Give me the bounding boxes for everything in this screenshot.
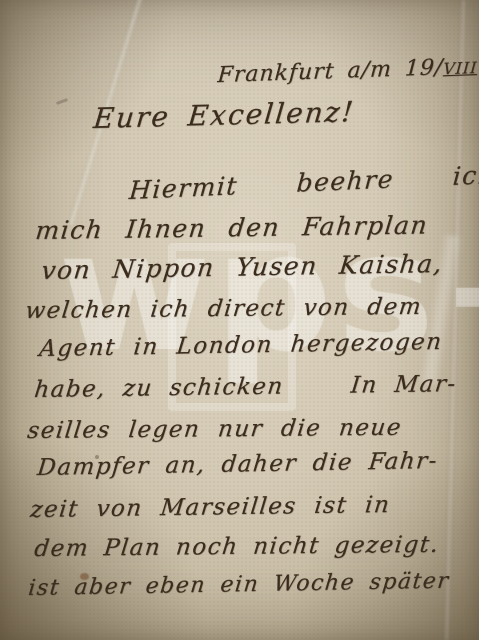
pencil-mark — [56, 98, 68, 105]
letter-line: von Nippon Yusen Kaisha, — [40, 249, 445, 285]
dateline-month-roman: VIII — [443, 58, 479, 78]
letter-line: habe, zu schicken In Mar- — [33, 371, 458, 403]
letter-line: ist aber eben ein Woche später — [27, 569, 451, 601]
letter-line: dem Plan noch nicht gezeigt. — [33, 532, 441, 562]
letter-line: welchen ich direct von dem — [24, 294, 424, 324]
letter-line: Dampfer an, daher die Fahr- — [36, 448, 439, 481]
letter-photo: wps+ Frankfurt a/m 19/VIII 1909 Eure Exc… — [0, 0, 479, 640]
letter-line: Hiermit beehre ich — [128, 160, 479, 205]
letter-line: Agent in London hergezogen — [38, 329, 444, 362]
dateline-place-day: Frankfurt a/m 19/ — [217, 55, 444, 88]
letter-line: zeit von Marseilles ist in — [29, 492, 392, 523]
letter-salutation: Eure Excellenz! — [92, 95, 356, 135]
letter-line: seilles legen nur die neue — [26, 415, 403, 444]
letter-line: mich Ihnen den Fahrplan — [34, 210, 430, 245]
